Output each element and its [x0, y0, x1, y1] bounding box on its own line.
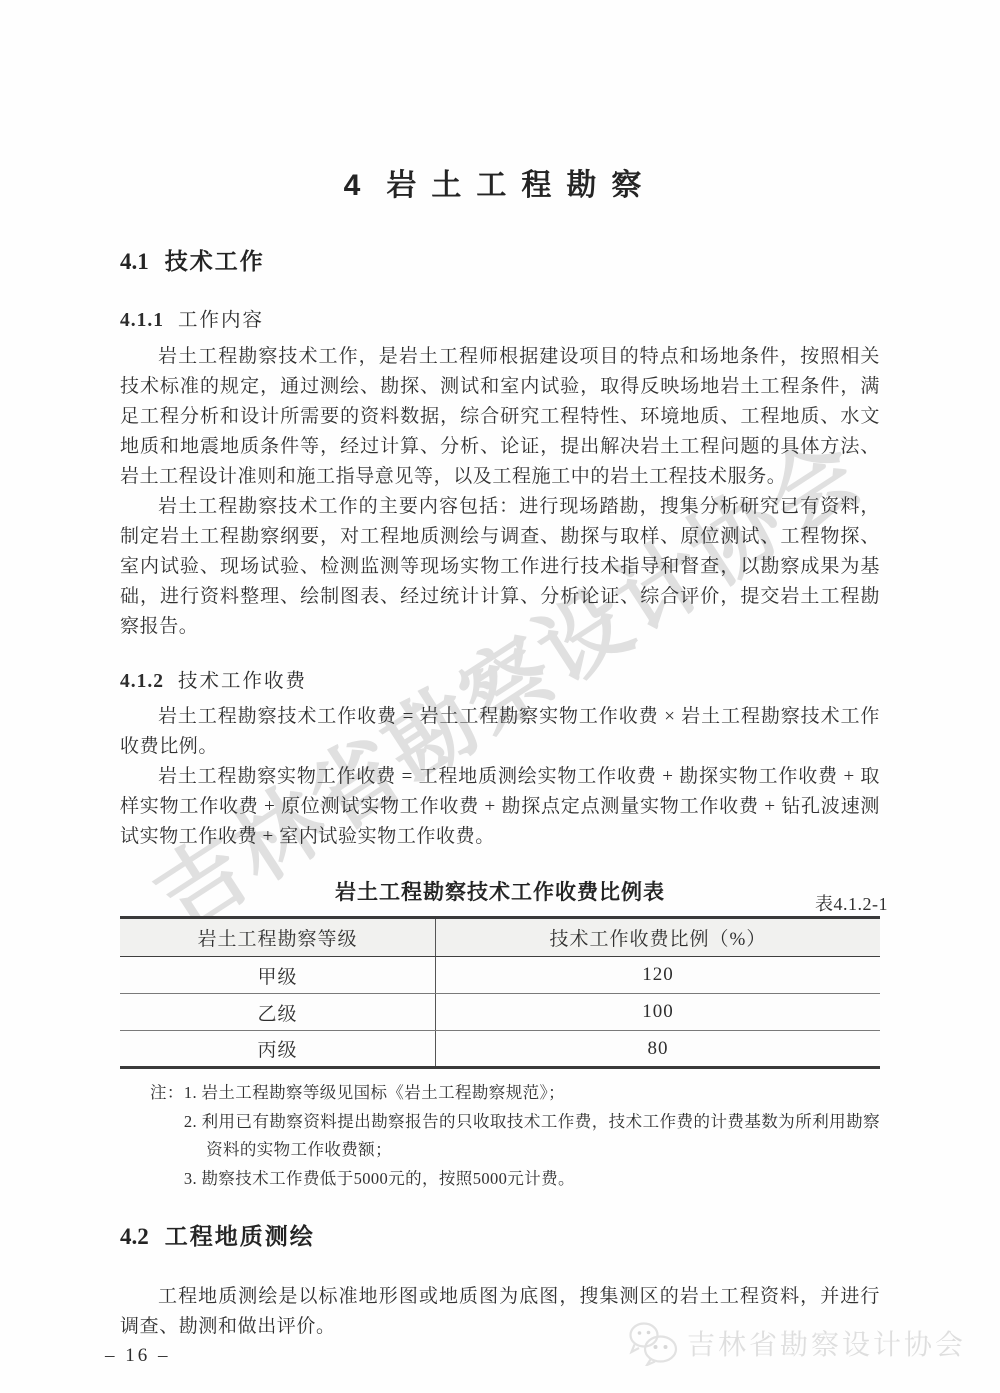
subsection-4-1-2-number: 4.1.2: [120, 671, 164, 692]
grade-cell: 丙级: [120, 1031, 435, 1068]
section-4-2-title: 工程地质测绘: [165, 1223, 315, 1249]
subsection-4-1-2-heading: 4.1.2技术工作收费: [120, 668, 880, 696]
table-header-row: 岩土工程勘察等级 技术工作收费比例（%）: [120, 918, 880, 957]
page-content: 4岩土工程勘察 4.1技术工作 4.1.1工作内容 岩土工程勘察技术工作，是岩土…: [0, 0, 1000, 1367]
note-item: 1. 岩土工程勘察等级见国标《岩土工程勘察规范》；: [184, 1079, 880, 1108]
table-label: 表4.1.2-1: [815, 890, 888, 916]
subsection-4-1-1-number: 4.1.1: [120, 310, 164, 331]
paragraph-fee-formula-2: 岩土工程勘察实物工作收费 = 工程地质测绘实物工作收费 + 勘探实物工作收费 +…: [120, 762, 880, 852]
note-item: 2. 利用已有勘察资料提出勘察报告的只收取技术工作费，技术工作费的计费基数为所利…: [184, 1108, 880, 1165]
notes-label: 注：: [150, 1079, 184, 1193]
section-4-1-title: 技术工作: [165, 248, 265, 274]
section-4-1-number: 4.1: [120, 249, 149, 274]
section-4-2-number: 4.2: [120, 1224, 149, 1249]
subsection-4-1-1-heading: 4.1.1工作内容: [120, 307, 880, 335]
grade-cell: 乙级: [120, 994, 435, 1031]
paragraph-work-content-2: 岩土工程勘察技术工作的主要内容包括：进行现场踏勘，搜集分析研究已有资料，制定岩土…: [120, 492, 880, 642]
table-header-ratio: 技术工作收费比例（%）: [435, 918, 880, 957]
table-row: 甲级 120: [120, 957, 880, 994]
fee-ratio-table-block: 岩土工程勘察技术工作收费比例表 表4.1.2-1 岩土工程勘察等级 技术工作收费…: [120, 878, 880, 1193]
paragraph-fee-formula-1: 岩土工程勘察技术工作收费 = 岩土工程勘察实物工作收费 × 岩土工程勘察技术工作…: [120, 702, 880, 762]
table-notes: 注： 1. 岩土工程勘察等级见国标《岩土工程勘察规范》； 2. 利用已有勘察资料…: [150, 1079, 880, 1193]
table-caption-row: 岩土工程勘察技术工作收费比例表 表4.1.2-1: [120, 878, 880, 912]
table-caption: 岩土工程勘察技术工作收费比例表: [120, 878, 880, 908]
table-row: 乙级 100: [120, 994, 880, 1031]
subsection-4-1-1-title: 工作内容: [178, 310, 264, 331]
paragraph-work-content-1: 岩土工程勘察技术工作，是岩土工程师根据建设项目的特点和场地条件，按照相关技术标准…: [120, 342, 880, 492]
note-item: 3. 勘察技术工作费低于5000元的，按照5000元计费。: [184, 1165, 880, 1194]
footer-org-name: 吉林省勘察设计协会: [687, 1323, 966, 1363]
fee-ratio-table: 岩土工程勘察等级 技术工作收费比例（%） 甲级 120 乙级 100 丙级: [120, 916, 880, 1069]
section-4-1-heading: 4.1技术工作: [120, 246, 880, 277]
footer: 吉林省勘察设计协会: [627, 1320, 966, 1366]
chapter-heading: 4岩土工程勘察: [120, 166, 880, 206]
ratio-cell: 80: [435, 1031, 880, 1068]
table-row: 丙级 80: [120, 1031, 880, 1068]
chapter-title: 岩土工程勘察: [386, 169, 656, 202]
chapter-number: 4: [344, 169, 361, 202]
document-page: 吉林省勘察设计协会 4岩土工程勘察 4.1技术工作 4.1.1工作内容 岩土工程…: [0, 0, 1000, 1393]
wechat-logo-icon: [627, 1320, 679, 1366]
ratio-cell: 100: [435, 994, 880, 1031]
section-4-2-heading: 4.2工程地质测绘: [120, 1221, 880, 1252]
grade-cell: 甲级: [120, 957, 435, 994]
table-header-grade: 岩土工程勘察等级: [120, 918, 435, 957]
ratio-cell: 120: [435, 957, 880, 994]
note-items: 1. 岩土工程勘察等级见国标《岩土工程勘察规范》； 2. 利用已有勘察资料提出勘…: [184, 1079, 880, 1193]
subsection-4-1-2-title: 技术工作收费: [178, 671, 307, 692]
